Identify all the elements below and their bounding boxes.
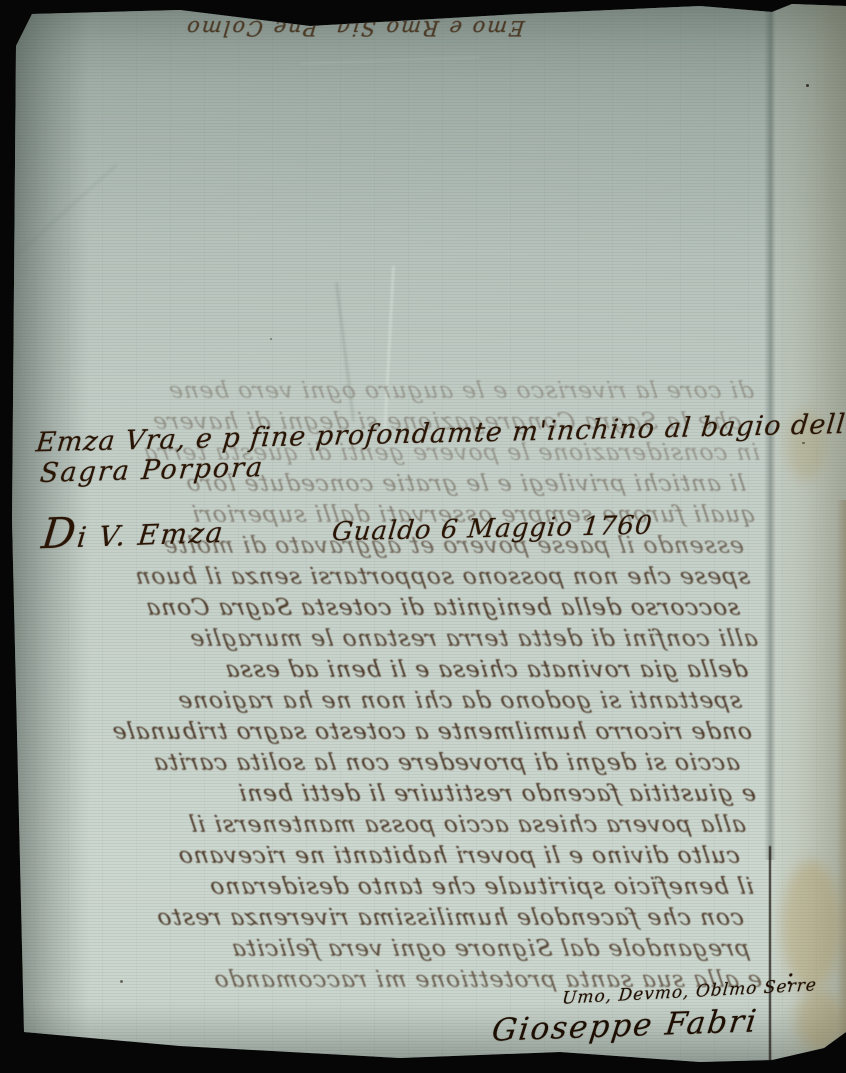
bleedthrough-line: alla povera chiesa accio possa manteners… [26,812,748,843]
bleedthrough-line: accio si degni di provedere con la solit… [20,750,742,781]
bleedthrough-line: culto divino e li poveri habitanti ne ri… [20,843,742,874]
scanned-letter-page: di core la riverisco e le auguro ogni ve… [0,0,846,1073]
ink-speck [270,338,272,340]
ink-colon-mark: : [786,962,794,990]
bleedthrough-line: soccorso della benignita di cotesta Sagr… [20,595,742,626]
stain-right-small [796,990,842,1050]
paper-sheet: di core la riverisco e le auguro ogni ve… [0,0,846,1073]
bleedthrough-line: alli confini di detta terra restano le m… [38,626,760,657]
bleedthrough-line: di core la riverisco e le auguro ogni ve… [34,378,756,409]
inverted-docket-inscription: Emo e Rmo Sig. Pne Colmo [184,16,526,40]
bleedthrough-line: della gia rovinata chiesa e li beni ad e… [28,657,750,688]
valediction: Di V. Emza [39,503,227,559]
fold-crease-line [769,846,771,1062]
ink-speck [806,84,809,87]
sagra-porpora-line: Sagra Porpora [39,452,266,489]
bleedthrough-line: e giustitia facendo restituire li detti … [36,781,758,812]
bleedthrough-line: onde ricorro humilmente a cotesto sagro … [32,719,754,750]
ink-speck [802,442,805,444]
bleedthrough-line: il beneficio spirituale che tanto deside… [34,874,756,905]
bleedthrough-line: spese che non possono sopportarsi senza … [30,564,752,595]
bleedthrough-line: spettanti si godono da chi non ne ha rag… [22,688,744,719]
bleedthrough-line: pregandole dal Signore ogni vera felicit… [30,936,752,967]
bleedthrough-line: con che facendole humilissima riverenza … [24,905,746,936]
right-page-edge [836,500,846,1073]
